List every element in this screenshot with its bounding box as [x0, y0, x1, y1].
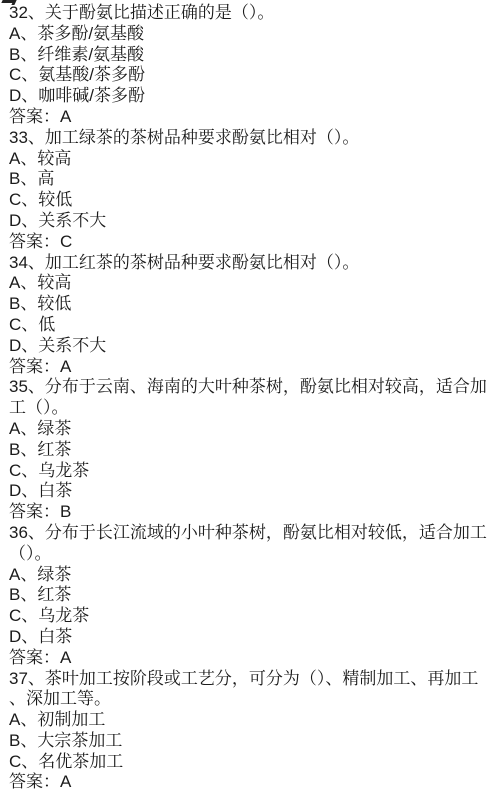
option-line: A、较高: [9, 149, 488, 170]
option-line: A、绿茶: [9, 419, 488, 440]
answer-line: 答案：A: [9, 107, 488, 128]
option-line: D、关系不大: [9, 211, 488, 232]
question-list: 32、关于酚氨比描述正确的是（）。A、茶多酚/氨基酸B、纤维素/氨基酸C、氨基酸…: [9, 3, 488, 793]
question-text-line: 、深加工等。: [9, 689, 488, 710]
question-text-line: 36、分布于长江流域的小叶种茶树，酚氨比相对较低，适合加工: [9, 523, 488, 544]
question-block-32: 32、关于酚氨比描述正确的是（）。A、茶多酚/氨基酸B、纤维素/氨基酸C、氨基酸…: [9, 3, 488, 128]
question-block-36: 36、分布于长江流域的小叶种茶树，酚氨比相对较低，适合加工（）。A、绿茶B、红茶…: [9, 523, 488, 669]
option-line: C、乌龙茶: [9, 461, 488, 482]
answer-line: 答案：A: [9, 357, 488, 378]
question-text-line: 32、关于酚氨比描述正确的是（）。: [9, 3, 488, 24]
question-text-line: 34、加工红茶的茶树品种要求酚氨比相对（）。: [9, 253, 488, 274]
question-block-37: 37、茶叶加工按阶段或工艺分，可分为（）、精制加工、再加工、深加工等。A、初制加…: [9, 669, 488, 794]
option-line: C、氨基酸/茶多酚: [9, 65, 488, 86]
question-block-35: 35、分布于云南、海南的大叶种茶树，酚氨比相对较高，适合加工（）。A、绿茶B、红…: [9, 377, 488, 523]
option-line: D、关系不大: [9, 336, 488, 357]
answer-line: 答案：C: [9, 232, 488, 253]
question-text-line: 工（）。: [9, 398, 488, 419]
option-line: B、大宗茶加工: [9, 731, 488, 752]
option-line: D、白茶: [9, 627, 488, 648]
option-line: A、较高: [9, 273, 488, 294]
answer-line: 答案：A: [9, 648, 488, 669]
option-line: B、红茶: [9, 440, 488, 461]
option-line: B、高: [9, 169, 488, 190]
answer-line: 答案：B: [9, 502, 488, 523]
question-text-line: （）。: [9, 544, 488, 565]
cropped-text-artifact: [1, 0, 14, 3]
option-line: A、绿茶: [9, 565, 488, 586]
option-line: C、低: [9, 315, 488, 336]
answer-line: 答案：A: [9, 772, 488, 793]
option-line: A、茶多酚/氨基酸: [9, 24, 488, 45]
question-block-34: 34、加工红茶的茶树品种要求酚氨比相对（）。A、较高B、较低C、低D、关系不大答…: [9, 253, 488, 378]
quiz-page: 32、关于酚氨比描述正确的是（）。A、茶多酚/氨基酸B、纤维素/氨基酸C、氨基酸…: [0, 0, 492, 795]
option-line: D、白茶: [9, 481, 488, 502]
option-line: C、名优茶加工: [9, 752, 488, 773]
question-text-line: 37、茶叶加工按阶段或工艺分，可分为（）、精制加工、再加工: [9, 669, 488, 690]
question-text-line: 33、加工绿茶的茶树品种要求酚氨比相对（）。: [9, 128, 488, 149]
option-line: D、咖啡碱/茶多酚: [9, 86, 488, 107]
option-line: C、乌龙茶: [9, 606, 488, 627]
question-block-33: 33、加工绿茶的茶树品种要求酚氨比相对（）。A、较高B、高C、较低D、关系不大答…: [9, 128, 488, 253]
question-text-line: 35、分布于云南、海南的大叶种茶树，酚氨比相对较高，适合加: [9, 377, 488, 398]
option-line: B、红茶: [9, 585, 488, 606]
option-line: B、纤维素/氨基酸: [9, 45, 488, 66]
option-line: C、较低: [9, 190, 488, 211]
option-line: B、较低: [9, 294, 488, 315]
option-line: A、初制加工: [9, 710, 488, 731]
